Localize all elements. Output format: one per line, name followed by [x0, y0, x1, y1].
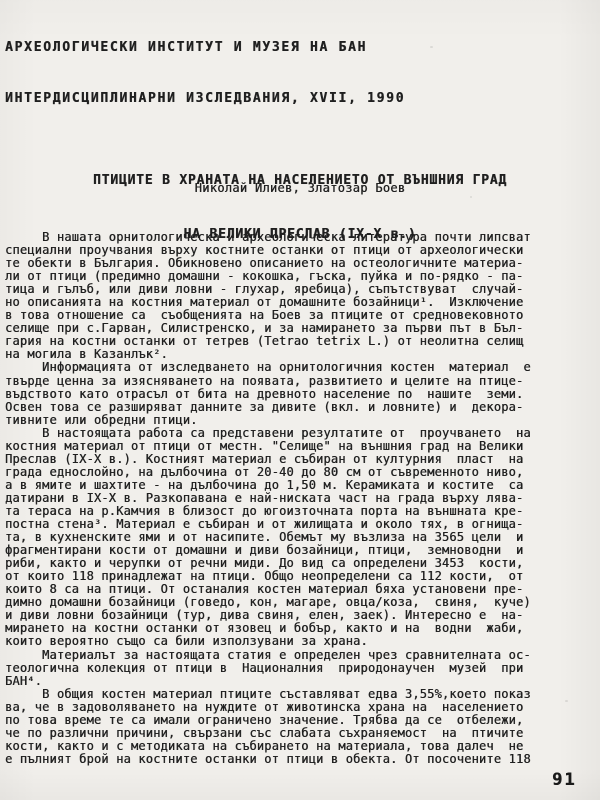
- body-line: ва, че в задоволяването на нуждите от жи…: [5, 701, 565, 714]
- article-authors: Николай Илиев, Златозар Боев: [0, 181, 600, 195]
- body-line: БАН⁴.: [5, 675, 565, 688]
- body-line: Информацията от изследването на орнитоло…: [5, 361, 565, 374]
- body-line: теологична колекция от птици в Националн…: [5, 662, 565, 675]
- journal-header: АРХЕОЛОГИЧЕСКИ ИНСТИТУТ И МУЗЕЯ НА БАН И…: [5, 5, 405, 141]
- body-line: е пълният брой на костните останки от пт…: [5, 753, 565, 766]
- journal-header-line2: ИНТЕРДИСЦИПЛИНАРНИ ИЗСЛЕДВАНИЯ, XVII, 19…: [5, 90, 405, 107]
- body-line: Освен това се разширяват данните за диви…: [5, 401, 565, 414]
- body-line: твърде ценна за изясняването на появата,…: [5, 375, 565, 388]
- body-line: тивните или обредни птици.: [5, 414, 565, 427]
- body-line: че по различни причини, свързани със сла…: [5, 727, 565, 740]
- scanned-paper-page: АРХЕОЛОГИЧЕСКИ ИНСТИТУТ И МУЗЕЯ НА БАН И…: [0, 0, 600, 800]
- page-number: 91: [552, 770, 576, 790]
- body-line: по това време те са имали ограничено зна…: [5, 714, 565, 727]
- body-line: Материалът за настоящата статия е опреде…: [5, 649, 565, 662]
- body-line: В настоящата работа са представени резул…: [5, 427, 565, 440]
- body-line: Преслав (IX-X в.). Костният материал е с…: [5, 453, 565, 466]
- body-line: В общия костен материал птиците съставля…: [5, 688, 565, 701]
- article-body: В нашата орнитологическа и археологическ…: [5, 231, 565, 766]
- body-line: града еднослойно, на дълбочина от 20-40 …: [5, 466, 565, 479]
- journal-header-line1: АРХЕОЛОГИЧЕСКИ ИНСТИТУТ И МУЗЕЯ НА БАН: [5, 39, 405, 56]
- body-line: костния материал от птици от местн. "Сел…: [5, 440, 565, 453]
- scan-speck: [430, 46, 433, 48]
- scan-speck: [470, 196, 472, 198]
- body-line: а в ямите и шахтите - на дълбочина до 1,…: [5, 479, 565, 492]
- body-line: които вероятно също са били използувани …: [5, 635, 565, 648]
- scan-speck: [565, 700, 568, 702]
- body-line: кости, както и с методиката на събиранет…: [5, 740, 565, 753]
- body-line: въдството като отрасъл от бита на древно…: [5, 388, 565, 401]
